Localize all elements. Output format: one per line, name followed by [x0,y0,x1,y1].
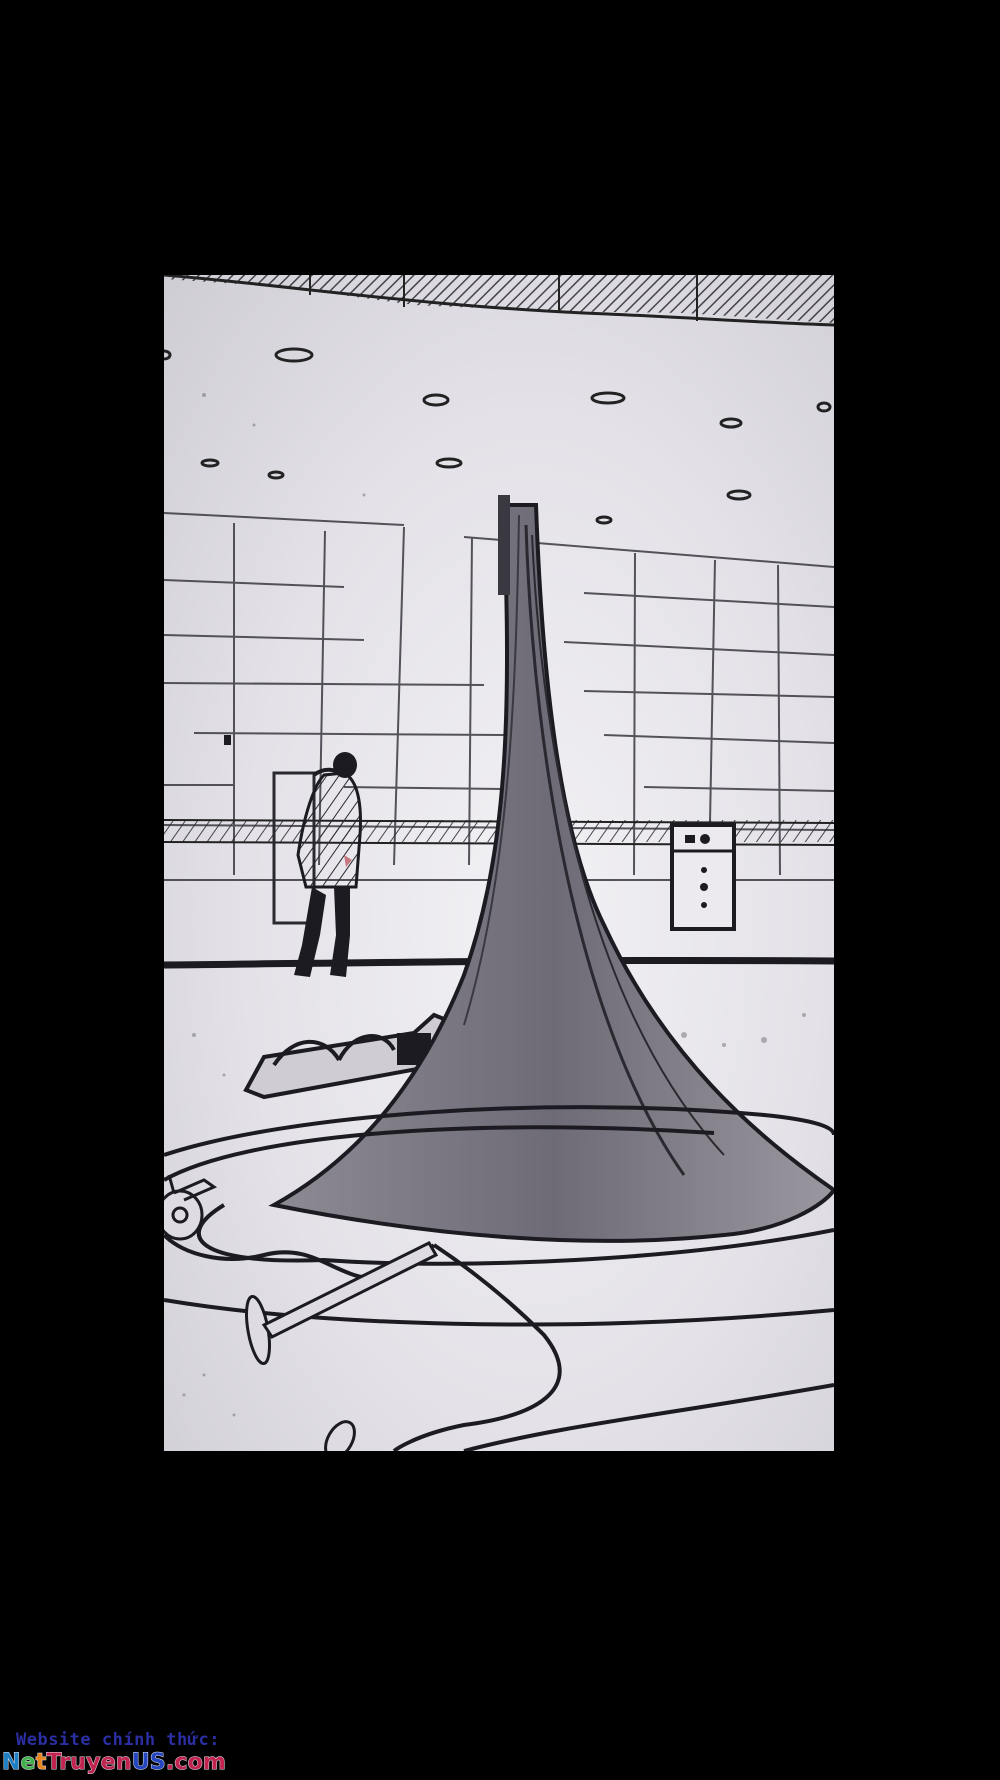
manga-page: Website chính thức: NetTruyenUS.com [0,0,1000,1780]
wall-control-box [672,825,734,929]
site-watermark: Website chính thức: NetTruyenUS.com [16,1730,226,1776]
watermark-caption: Website chính thức: [16,1730,226,1750]
brand-part-com: .com [166,1750,226,1775]
ceiling-band [164,275,834,323]
brand-part-t: t [36,1750,47,1775]
standing-person [294,752,360,977]
brand-part-n: N [2,1750,21,1775]
ceiling-lights [164,349,830,523]
brand-part-us: US [132,1750,166,1775]
watermark-brand[interactable]: NetTruyenUS.com [2,1750,226,1776]
illustration-panel [164,275,834,1451]
brand-part-truyen: Truyen [46,1750,131,1775]
sketch-drawing [164,275,834,1451]
brand-part-e: e [21,1750,36,1775]
